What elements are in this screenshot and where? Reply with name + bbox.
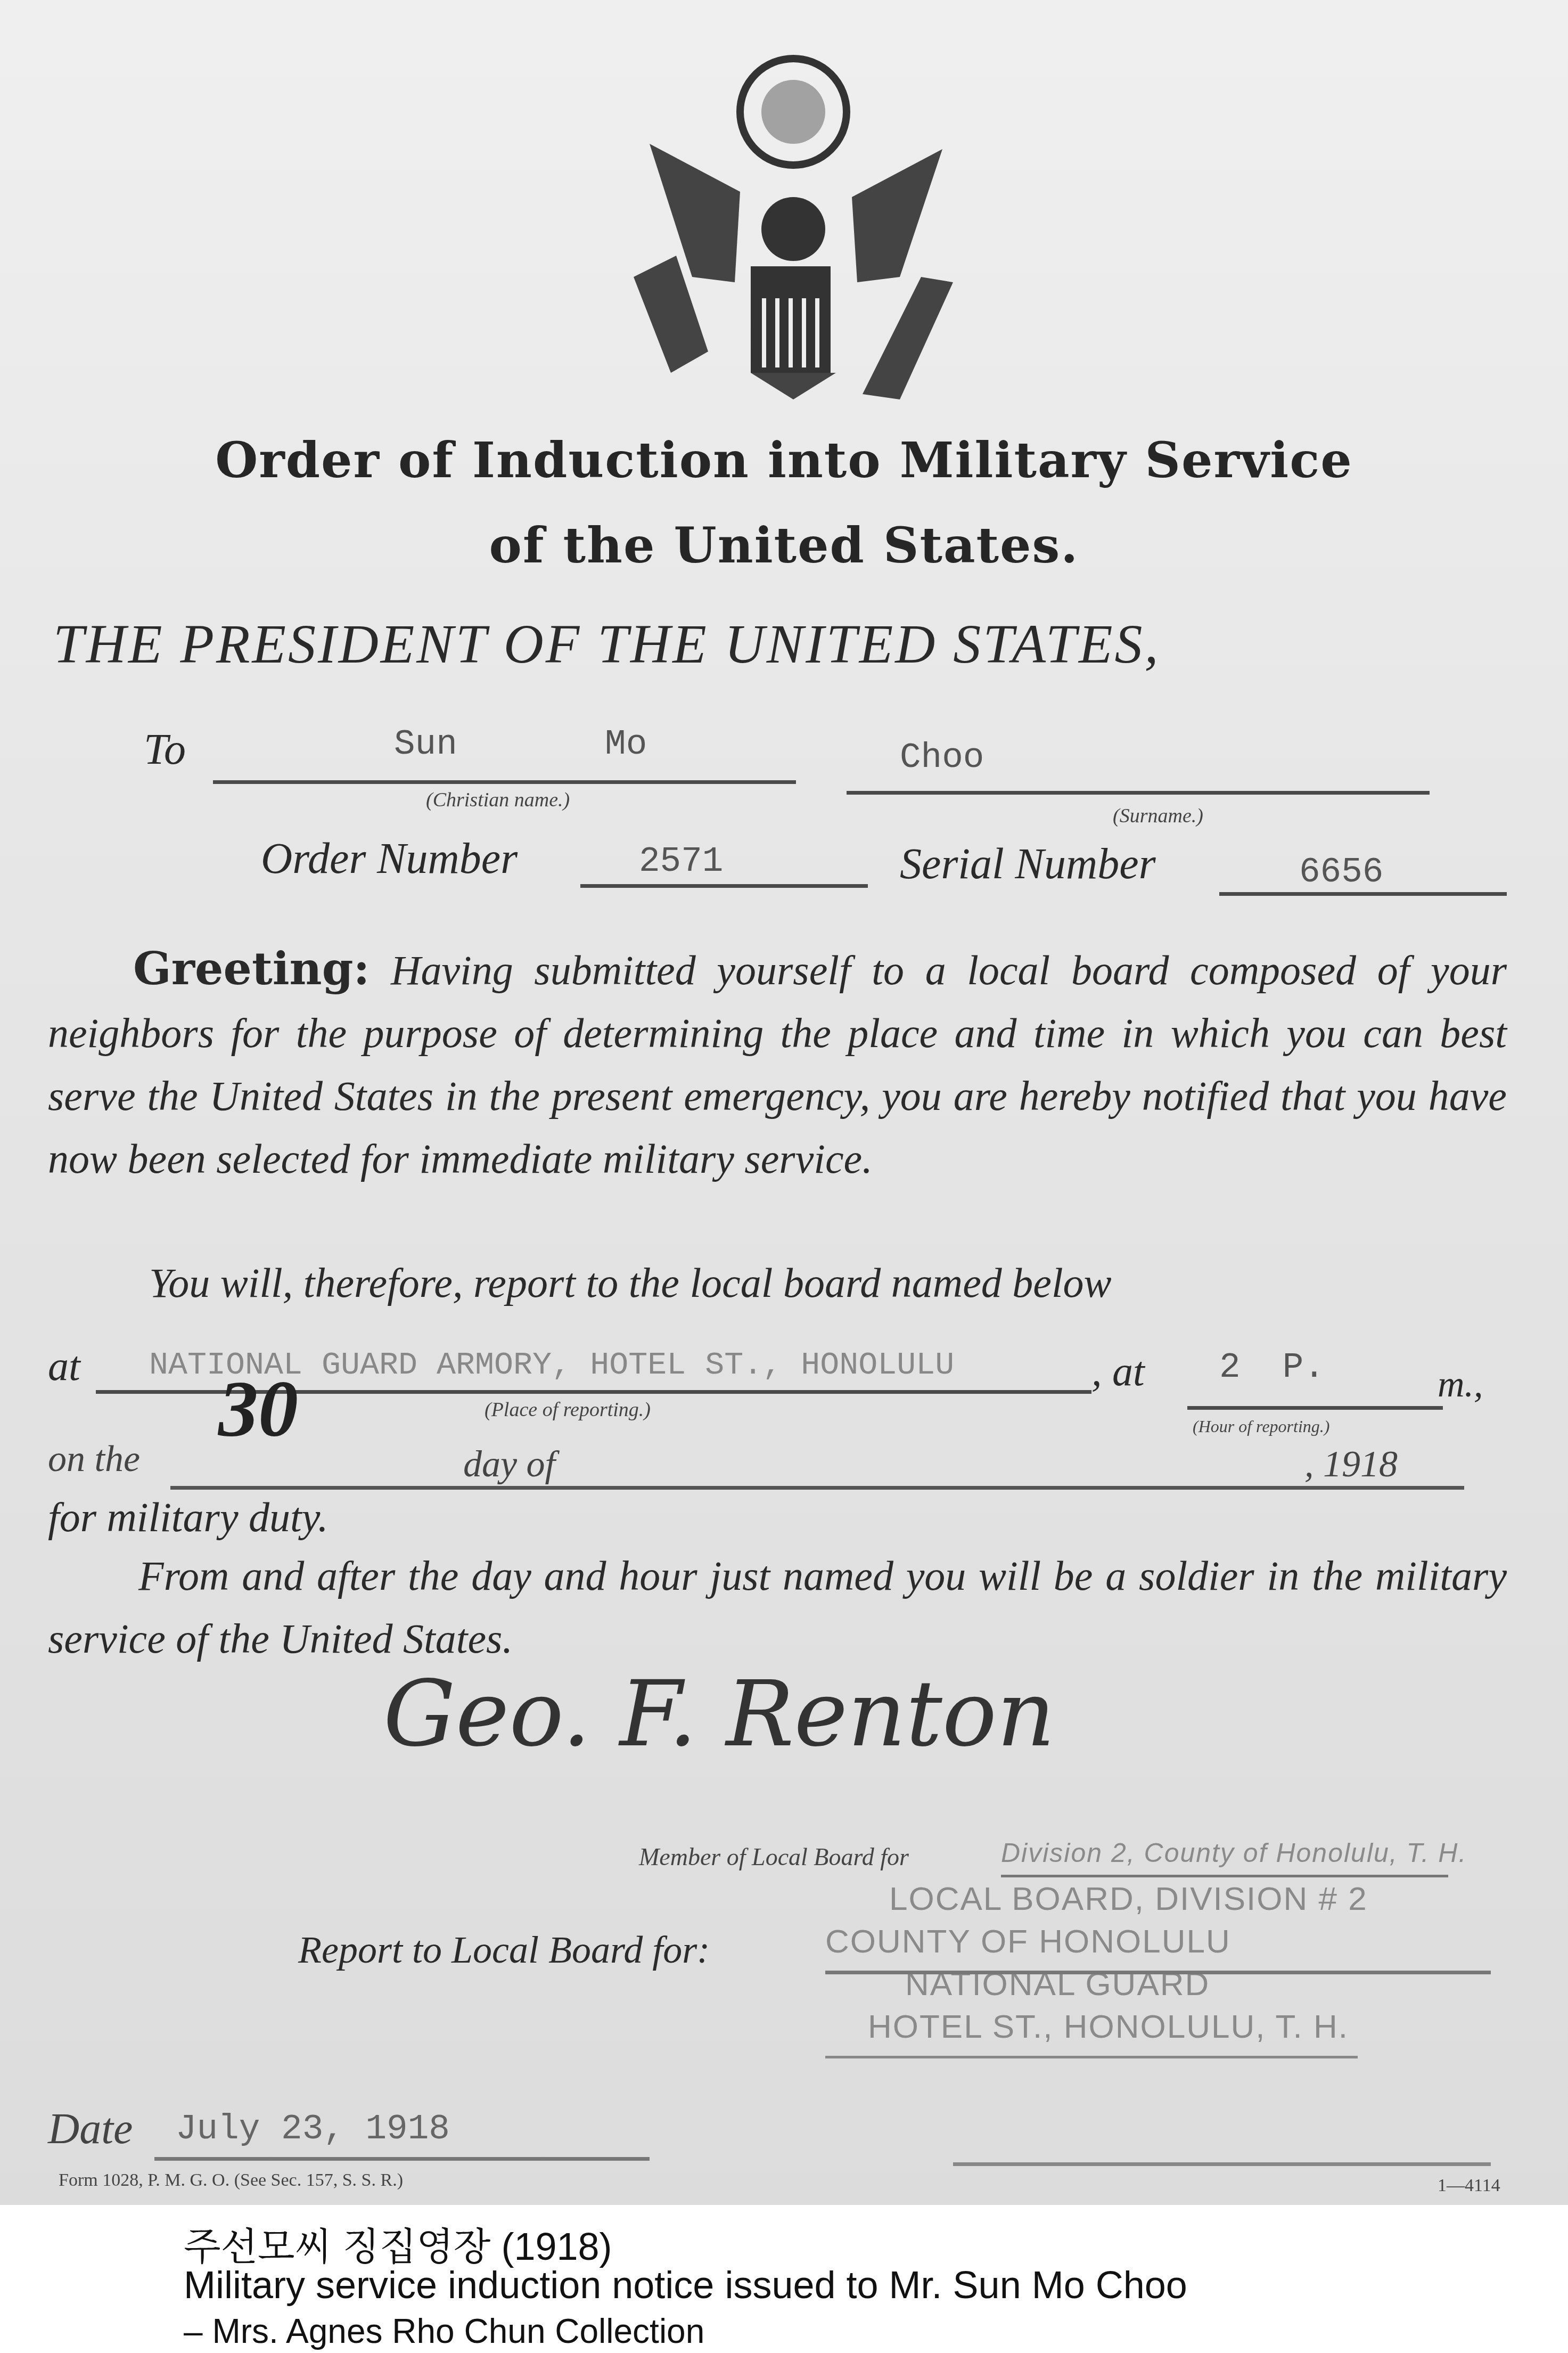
date-label: Date <box>48 2104 133 2154</box>
m-label: m., <box>1438 1363 1483 1406</box>
form-code: 1—4114 <box>1438 2176 1500 2196</box>
member-board-value: Division 2, County of Honolulu, T. H. <box>1001 1837 1467 1868</box>
document-title-line1: Order of Induction into Military Service <box>0 431 1568 489</box>
day-of-label: day of <box>463 1443 555 1486</box>
order-number-label: Order Number <box>261 834 518 884</box>
to-label: To <box>144 724 186 774</box>
stamp-line-4: HOTEL ST., HONOLULU, T. H. <box>868 2008 1349 2046</box>
order-number-value: 2571 <box>639 841 723 881</box>
serial-number-line <box>1219 892 1507 896</box>
place-caption: (Place of reporting.) <box>485 1398 651 1421</box>
date-line <box>154 2157 650 2161</box>
year-label: , 1918 <box>1304 1443 1398 1486</box>
christian-name-line <box>213 780 796 784</box>
report-board-line-2 <box>825 2056 1358 2058</box>
day-handwritten: 30 <box>218 1363 298 1455</box>
caption-credit: – Mrs. Agnes Rho Chun Collection <box>184 2311 704 2351</box>
surname-value: Choo <box>900 738 984 778</box>
document-title-line2: of the United States. <box>0 517 1568 574</box>
christian-name-value: Sun Mo <box>394 724 647 764</box>
order-number-line <box>580 884 868 888</box>
hour-value: 2 P. <box>1219 1347 1325 1387</box>
surname-caption: (Surname.) <box>1113 804 1203 828</box>
for-military-duty: for military duty. <box>48 1486 329 1549</box>
caption-korean: 주선모씨 징집영장 (1918) <box>184 2216 612 2271</box>
hour-caption: (Hour of reporting.) <box>1193 1417 1329 1436</box>
report-to-board-label: Report to Local Board for: <box>298 1928 710 1972</box>
great-seal-eagle-icon <box>612 53 1012 399</box>
christian-name-caption: (Christian name.) <box>426 788 570 812</box>
on-the-label: on the <box>48 1438 140 1481</box>
at-time-label: , at <box>1091 1347 1145 1395</box>
addressee-heading: THE PRESIDENT OF THE UNITED STATES, <box>53 612 1161 676</box>
serial-number-label: Serial Number <box>900 839 1156 889</box>
at-label: at <box>48 1342 80 1390</box>
stamp-line-2: COUNTY OF HONOLULU <box>825 1923 1231 1960</box>
day-month-line <box>170 1486 1464 1490</box>
member-label: Member of Local Board for <box>639 1843 909 1871</box>
report-instruction: You will, therefore, report to the local… <box>149 1252 1507 1314</box>
board-member-signature: Geo. F. Renton <box>383 1662 1055 1767</box>
form-number: Form 1028, P. M. G. O. (See Sec. 157, S.… <box>59 2170 403 2191</box>
report-board-line <box>825 1971 1491 1974</box>
greeting-paragraph: Greeting: Having submitted yourself to a… <box>48 937 1507 1190</box>
caption-english: Military service induction notice issued… <box>184 2264 1187 2307</box>
closing-paragraph: From and after the day and hour just nam… <box>48 1545 1507 1670</box>
hour-line <box>1187 1406 1443 1410</box>
stamp-line-1: LOCAL BOARD, DIVISION # 2 <box>889 1880 1368 1918</box>
induction-document: Order of Induction into Military Service… <box>0 0 1568 2205</box>
serial-number-value: 6656 <box>1299 852 1383 892</box>
greeting-word: Greeting: <box>133 942 370 995</box>
surname-line <box>847 791 1430 795</box>
member-board-line <box>1001 1875 1448 1877</box>
signature-line-bottom <box>953 2162 1491 2166</box>
date-value: July 23, 1918 <box>176 2109 450 2149</box>
